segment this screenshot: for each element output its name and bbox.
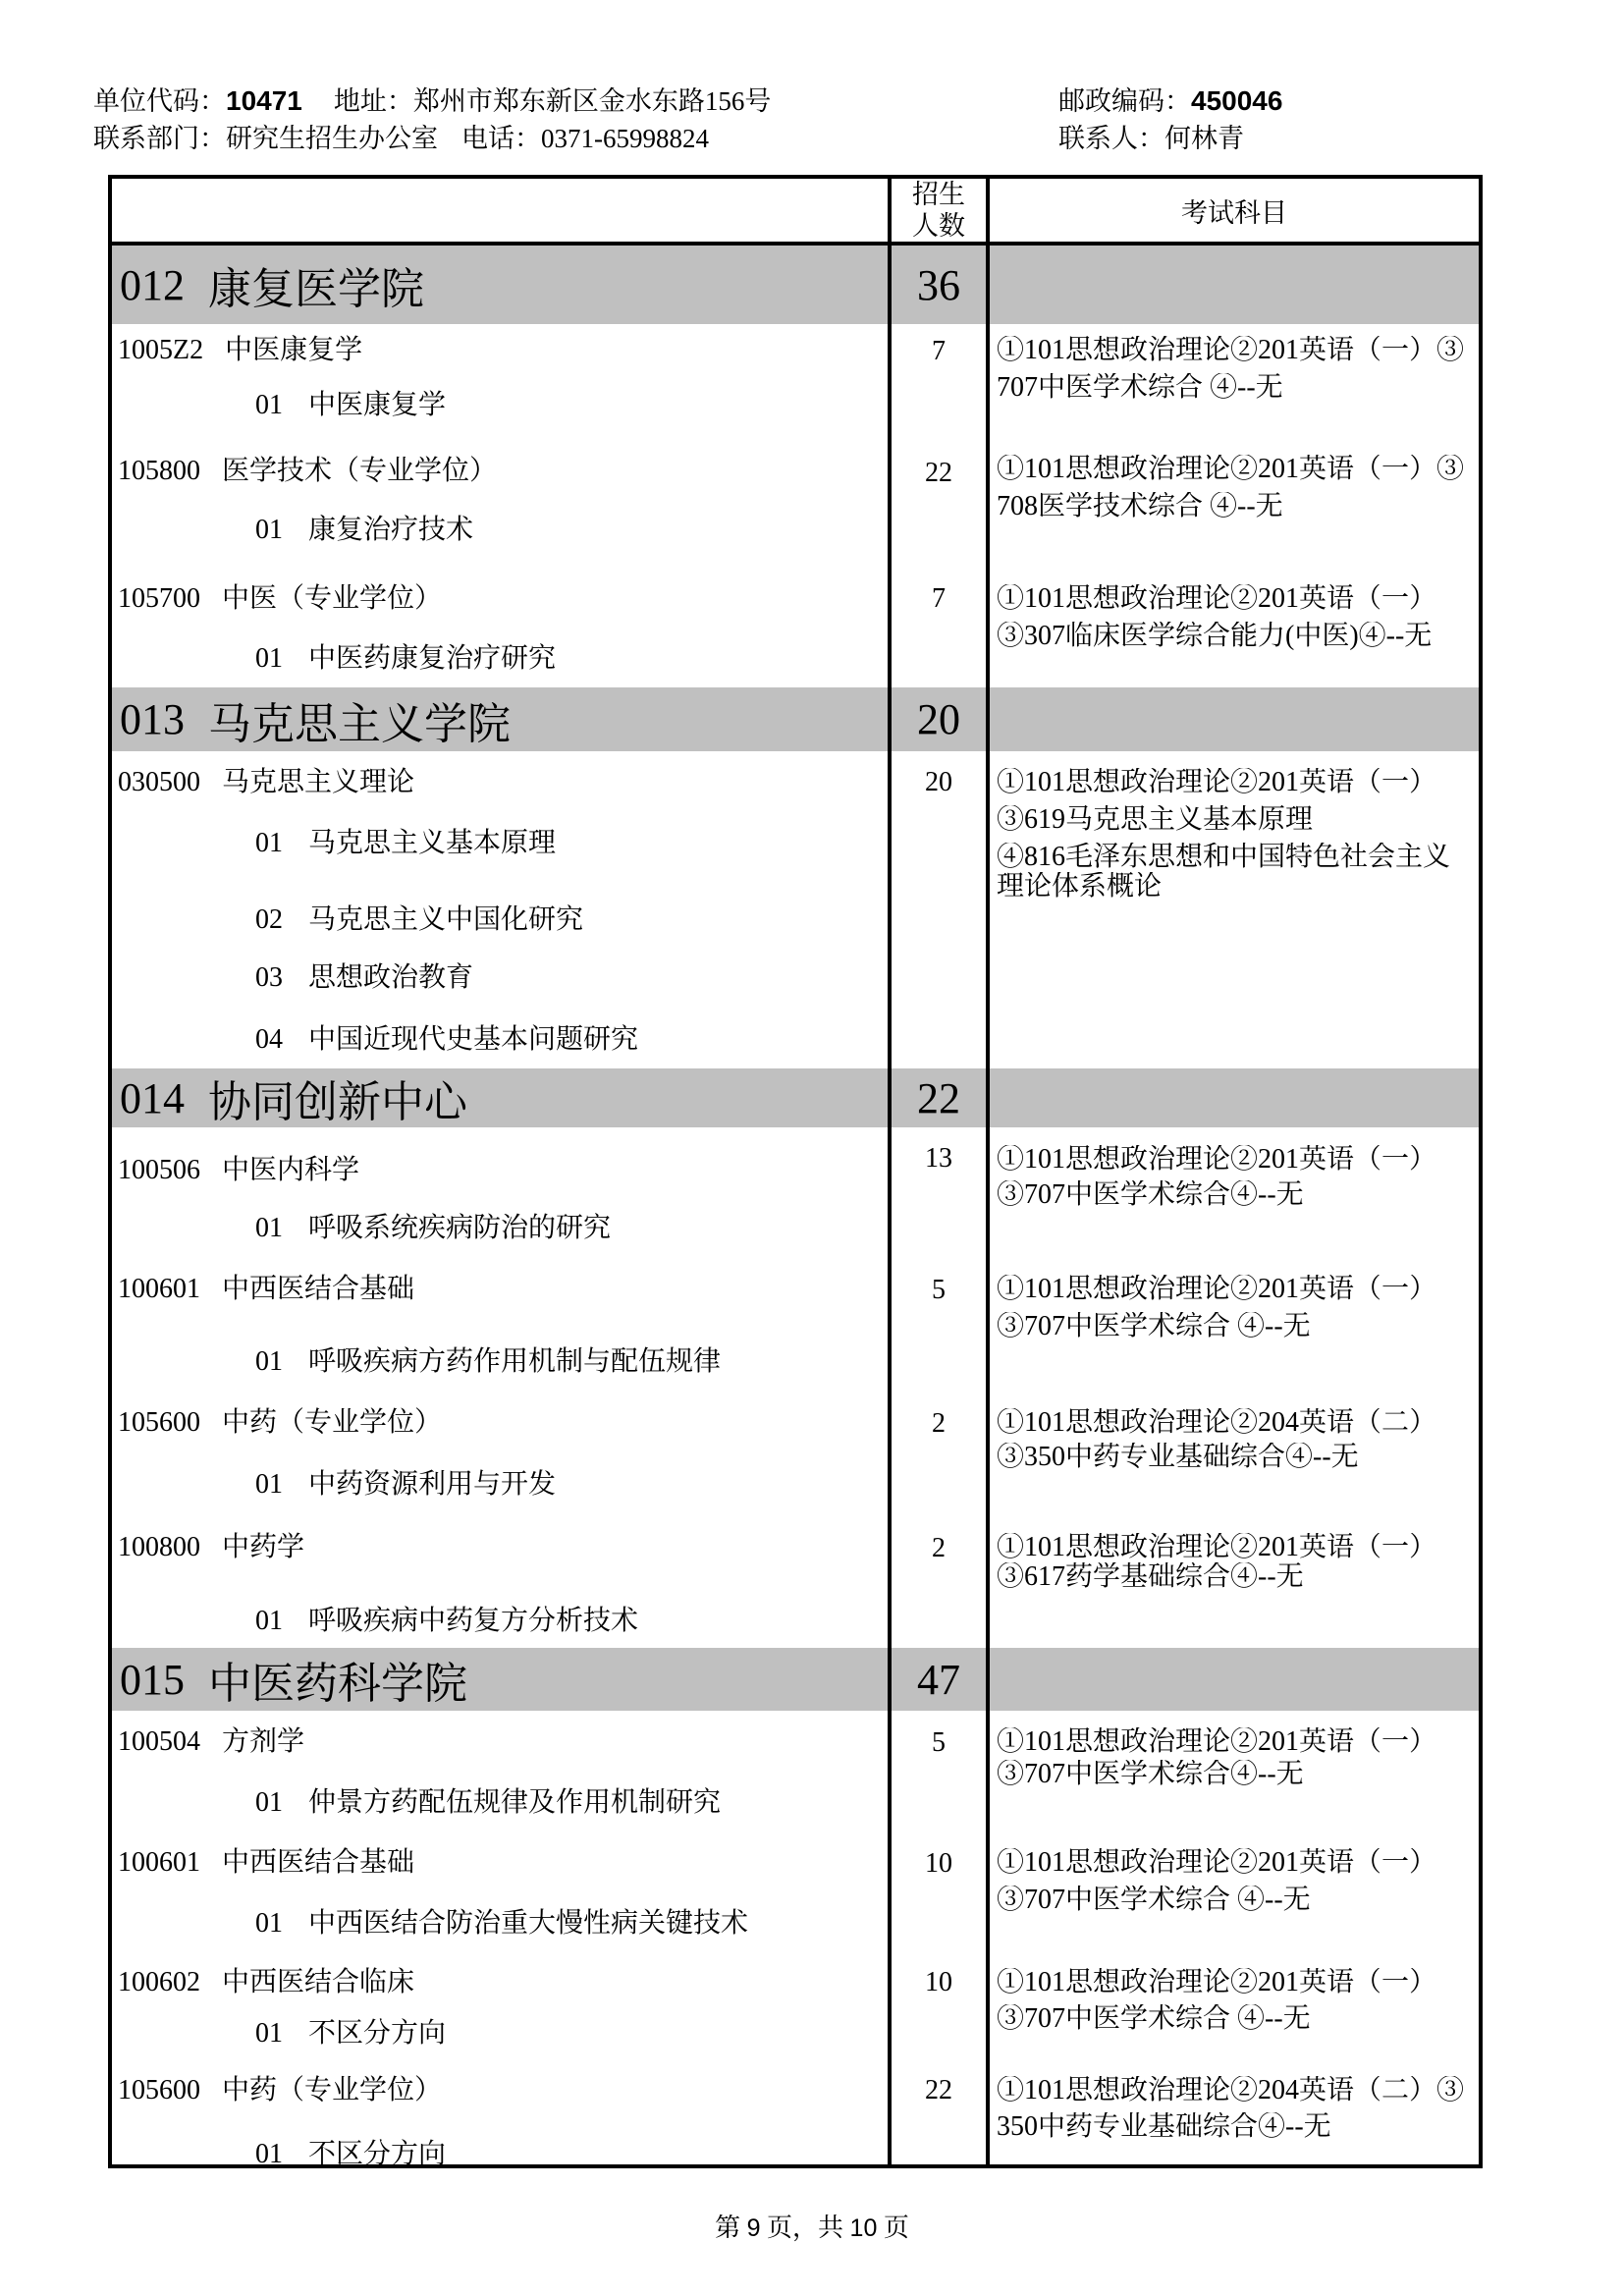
direction-number: 01 <box>255 1469 283 1500</box>
exam-subjects-line: 350中药专业基础综合④--无 <box>997 2112 1477 2142</box>
program-name: 中医内科学 <box>222 1155 359 1185</box>
unit-code-value: 10471 <box>226 85 302 116</box>
exam-subjects-line: 理论体系概论 <box>997 872 1477 902</box>
section-row-014: 014协同创新中心 22 <box>112 1068 1479 1127</box>
address-value: 郑州市郑东新区金水东路156号 <box>413 86 772 116</box>
page-footer: 第 9 页，共 10 页 <box>0 2208 1624 2244</box>
direction-number: 01 <box>255 515 283 545</box>
postal-code-label: 邮政编码： <box>1058 86 1191 116</box>
header-line-1: 单位代码：10471地址：郑州市郑东新区金水东路156号 <box>93 86 771 116</box>
exam-subjects-header: 考试科目 <box>1181 191 1287 230</box>
exam-subjects-line: ①101思想政治理论②201英语（一）③ <box>997 336 1477 365</box>
enrollment-count: 2 <box>892 1409 986 1439</box>
direction-number: 01 <box>255 2139 283 2169</box>
admissions-table: 招生 人数 考试科目 012康复医学院 36 1005Z2中医康复学 01中医康… <box>108 175 1483 2168</box>
direction-row: 01中药资源利用与开发 <box>255 1470 556 1500</box>
enrollment-count: 22 <box>892 2076 986 2105</box>
direction-name: 呼吸系统疾病防治的研究 <box>308 1213 611 1243</box>
program-code: 030500 <box>118 767 200 797</box>
direction-row: 01马克思主义基本原理 <box>255 829 556 858</box>
program-row: 100504方剂学 01仲景方药配伍规律及作用机制研究 5 ①101思想政治理论… <box>112 1711 1479 1829</box>
program-row: 105600中药（专业学位） 01中药资源利用与开发 2 ①101思想政治理论②… <box>112 1394 1479 1520</box>
exam-subjects-line: ③707中医学术综合 ④--无 <box>997 1886 1477 1915</box>
total-pages: 10 <box>850 2214 878 2242</box>
exam-subjects-line: ③617药学基础综合④--无 <box>997 1562 1477 1592</box>
section-total: 36 <box>917 260 960 310</box>
exam-subjects-line: ①101思想政治理论②204英语（二）③ <box>997 2076 1477 2105</box>
direction-number: 02 <box>255 904 283 935</box>
exam-subjects-line: ①101思想政治理论②201英语（一） <box>997 1533 1477 1562</box>
program-code: 105800 <box>118 456 200 486</box>
direction-row: 01中医康复学 <box>255 391 446 420</box>
enrollment-header: 招生 人数 <box>892 179 990 242</box>
address-label: 地址： <box>334 86 413 116</box>
program-row: 105800医学技术（专业学位） 01康复治疗技术 22 ①101思想政治理论②… <box>112 447 1479 572</box>
section-code: 015 <box>120 1655 185 1705</box>
enrollment-count: 22 <box>892 459 986 488</box>
footer-text: 第 <box>715 2214 740 2242</box>
program-code: 100506 <box>118 1155 200 1185</box>
enrollment-header-line1: 招生 <box>912 179 965 210</box>
direction-row: 01呼吸疾病方药作用机制与配伍规律 <box>255 1347 721 1377</box>
direction-name: 仲景方药配伍规律及作用机制研究 <box>308 1787 721 1818</box>
program-row: 100601中西医结合基础 01呼吸疾病方药作用机制与配伍规律 5 ①101思想… <box>112 1262 1479 1394</box>
program-row: 105700中医（专业学位） 01中医药康复治疗研究 7 ①101思想政治理论②… <box>112 572 1479 687</box>
program-row: 100800中药学 01呼吸疾病中药复方分析技术 2 ①101思想政治理论②20… <box>112 1520 1479 1648</box>
direction-name: 马克思主义中国化研究 <box>308 904 583 935</box>
enrollment-header-line2: 人数 <box>912 210 965 242</box>
exam-subjects-line: ③307临床医学综合能力(中医)④--无 <box>997 622 1477 651</box>
section-name: 康复医学院 <box>208 253 424 316</box>
direction-number: 01 <box>255 643 283 674</box>
contact-value: 何林青 <box>1164 124 1244 153</box>
direction-number: 03 <box>255 962 283 993</box>
program-name: 方剂学 <box>222 1726 304 1757</box>
section-row-013: 013马克思主义学院 20 <box>112 687 1479 751</box>
exam-subjects-line: 707中医学术综合 ④--无 <box>997 373 1477 403</box>
exam-subjects-line: ①101思想政治理论②201英语（一） <box>997 1727 1477 1757</box>
contact-label: 联系人： <box>1058 124 1164 153</box>
exam-subjects-line: ①101思想政治理论②201英语（一） <box>997 1145 1477 1175</box>
direction-row: 01仲景方药配伍规律及作用机制研究 <box>255 1788 721 1818</box>
exam-subjects-line: 708医学技术综合 ④--无 <box>997 492 1477 521</box>
section-total: 22 <box>917 1073 960 1123</box>
program-code: 100602 <box>118 1967 200 1997</box>
program-name: 中医（专业学位） <box>222 583 442 614</box>
enrollment-count: 2 <box>892 1534 986 1563</box>
exam-subjects-line: ③619马克思主义基本原理 <box>997 805 1477 835</box>
program-code: 105700 <box>118 583 200 614</box>
enrollment-count: 13 <box>892 1144 986 1174</box>
program-code: 100504 <box>118 1726 200 1757</box>
section-row-012: 012康复医学院 36 <box>112 246 1479 324</box>
program-name: 医学技术（专业学位） <box>222 456 497 486</box>
section-total: 20 <box>917 694 960 744</box>
direction-number: 04 <box>255 1024 283 1055</box>
section-code: 013 <box>120 694 185 744</box>
program-code: 105600 <box>118 2075 200 2105</box>
section-code: 014 <box>120 1073 185 1123</box>
unit-code-label: 单位代码： <box>93 86 226 116</box>
footer-text: 页，共 <box>767 2214 843 2242</box>
direction-name: 呼吸疾病方药作用机制与配伍规律 <box>308 1346 721 1377</box>
program-name: 中药（专业学位） <box>222 2075 442 2105</box>
program-row: 100601中西医结合基础 01中西医结合防治重大慢性病关键技术 10 ①101… <box>112 1829 1479 1947</box>
phone-value: 0371-65998824 <box>541 124 709 153</box>
direction-name: 马克思主义基本原理 <box>308 828 556 858</box>
enrollment-count: 10 <box>892 1849 986 1879</box>
program-row: 030500马克思主义理论 01马克思主义基本原理 02马克思主义中国化研究 0… <box>112 751 1479 1068</box>
section-code: 012 <box>120 260 185 310</box>
direction-name: 呼吸疾病中药复方分析技术 <box>308 1606 638 1636</box>
postal-code-value: 450046 <box>1191 85 1282 116</box>
program-row: 100602中西医结合临床 01不区分方向 10 ①101思想政治理论②201英… <box>112 1947 1479 2055</box>
direction-name: 康复治疗技术 <box>308 515 473 545</box>
section-name: 协同创新中心 <box>208 1066 467 1129</box>
direction-number: 01 <box>255 1908 283 1939</box>
program-code: 105600 <box>118 1407 200 1438</box>
enrollment-count: 20 <box>892 768 986 797</box>
direction-name: 思想政治教育 <box>308 962 473 993</box>
exam-subjects-line: ③707中医学术综合④--无 <box>997 1760 1477 1789</box>
exam-subjects-line: ③707中医学术综合 ④--无 <box>997 2004 1477 2034</box>
direction-number: 01 <box>255 828 283 858</box>
program-name: 中药（专业学位） <box>222 1407 442 1438</box>
program-row: 105600中药（专业学位） 01不区分方向 22 ①101思想政治理论②204… <box>112 2055 1479 2164</box>
section-name: 中医药科学院 <box>208 1648 467 1711</box>
direction-name: 中国近现代史基本问题研究 <box>308 1024 638 1055</box>
direction-number: 01 <box>255 1213 283 1243</box>
direction-row: 01中西医结合防治重大慢性病关键技术 <box>255 1909 748 1939</box>
enrollment-count: 7 <box>892 337 986 366</box>
direction-number: 01 <box>255 1346 283 1377</box>
postal-code-line: 邮政编码：450046 <box>1058 86 1282 116</box>
program-name: 马克思主义理论 <box>222 767 414 797</box>
dept-value: 研究生招生办公室 <box>226 124 438 153</box>
direction-number: 01 <box>255 2018 283 2049</box>
dept-label: 联系部门： <box>93 124 226 153</box>
program-code: 100800 <box>118 1532 200 1562</box>
exam-subjects-line: ③707中医学术综合 ④--无 <box>997 1312 1477 1341</box>
direction-number: 01 <box>255 390 283 420</box>
page-number: 9 <box>747 2214 761 2242</box>
table-header-row: 招生 人数 考试科目 <box>112 179 1479 246</box>
direction-number: 01 <box>255 1787 283 1818</box>
header-line-2: 联系部门：研究生招生办公室电话：0371-65998824 <box>93 124 709 153</box>
program-name: 中西医结合基础 <box>222 1274 414 1304</box>
exam-subjects-line: ①101思想政治理论②201英语（一） <box>997 1848 1477 1878</box>
direction-row: 02马克思主义中国化研究 <box>255 905 583 935</box>
exam-subjects-line: ①101思想政治理论②201英语（一） <box>997 1275 1477 1304</box>
program-name: 中西医结合基础 <box>222 1847 414 1878</box>
direction-row: 01呼吸系统疾病防治的研究 <box>255 1214 611 1243</box>
document-page: 单位代码：10471地址：郑州市郑东新区金水东路156号 邮政编码：450046… <box>0 0 1624 2296</box>
exam-subjects-line: ①101思想政治理论②201英语（一） <box>997 584 1477 614</box>
direction-name: 中医药康复治疗研究 <box>308 643 556 674</box>
section-name: 马克思主义学院 <box>208 688 511 751</box>
exam-subjects-line: ①101思想政治理论②201英语（一）③ <box>997 455 1477 484</box>
exam-subjects-line: ③707中医学术综合④--无 <box>997 1180 1477 1210</box>
direction-name: 不区分方向 <box>308 2018 446 2049</box>
exam-subjects-line: ③350中药专业基础综合④--无 <box>997 1443 1477 1472</box>
exam-subjects-line: ①101思想政治理论②201英语（一） <box>997 1968 1477 1997</box>
direction-row: 01康复治疗技术 <box>255 516 473 545</box>
direction-row: 04中国近现代史基本问题研究 <box>255 1025 638 1055</box>
direction-name: 不区分方向 <box>308 2139 446 2169</box>
direction-number: 01 <box>255 1606 283 1636</box>
program-code: 1005Z2 <box>118 335 203 365</box>
exam-subjects-line: ④816毛泽东思想和中国特色社会主义 <box>997 843 1477 872</box>
enrollment-count: 10 <box>892 1968 986 1997</box>
enrollment-count: 5 <box>892 1276 986 1305</box>
direction-name: 中西医结合防治重大慢性病关键技术 <box>308 1908 748 1939</box>
program-name: 中药学 <box>222 1532 304 1562</box>
footer-text: 页 <box>884 2214 909 2242</box>
direction-row: 03思想政治教育 <box>255 963 473 993</box>
section-total: 47 <box>917 1655 960 1705</box>
program-row: 1005Z2中医康复学 01中医康复学 7 ①101思想政治理论②201英语（一… <box>112 324 1479 447</box>
direction-row: 01不区分方向 <box>255 2019 446 2049</box>
program-row: 100506中医内科学 01呼吸系统疾病防治的研究 13 ①101思想政治理论②… <box>112 1127 1479 1262</box>
direction-row: 01呼吸疾病中药复方分析技术 <box>255 1607 638 1636</box>
direction-row: 01不区分方向 <box>255 2140 446 2169</box>
direction-name: 中医康复学 <box>308 390 446 420</box>
program-name: 中医康复学 <box>225 335 362 365</box>
direction-row: 01中医药康复治疗研究 <box>255 644 556 674</box>
program-code: 100601 <box>118 1847 200 1878</box>
enrollment-count: 7 <box>892 584 986 614</box>
phone-label: 电话： <box>461 124 541 153</box>
exam-subjects-line: ①101思想政治理论②204英语（二） <box>997 1408 1477 1438</box>
contact-line: 联系人：何林青 <box>1058 124 1244 153</box>
exam-subjects-line: ①101思想政治理论②201英语（一） <box>997 768 1477 797</box>
program-name: 中西医结合临床 <box>222 1967 414 1997</box>
enrollment-count: 5 <box>892 1728 986 1758</box>
section-row-015: 015中医药科学院 47 <box>112 1648 1479 1711</box>
program-code: 100601 <box>118 1274 200 1304</box>
direction-name: 中药资源利用与开发 <box>308 1469 556 1500</box>
